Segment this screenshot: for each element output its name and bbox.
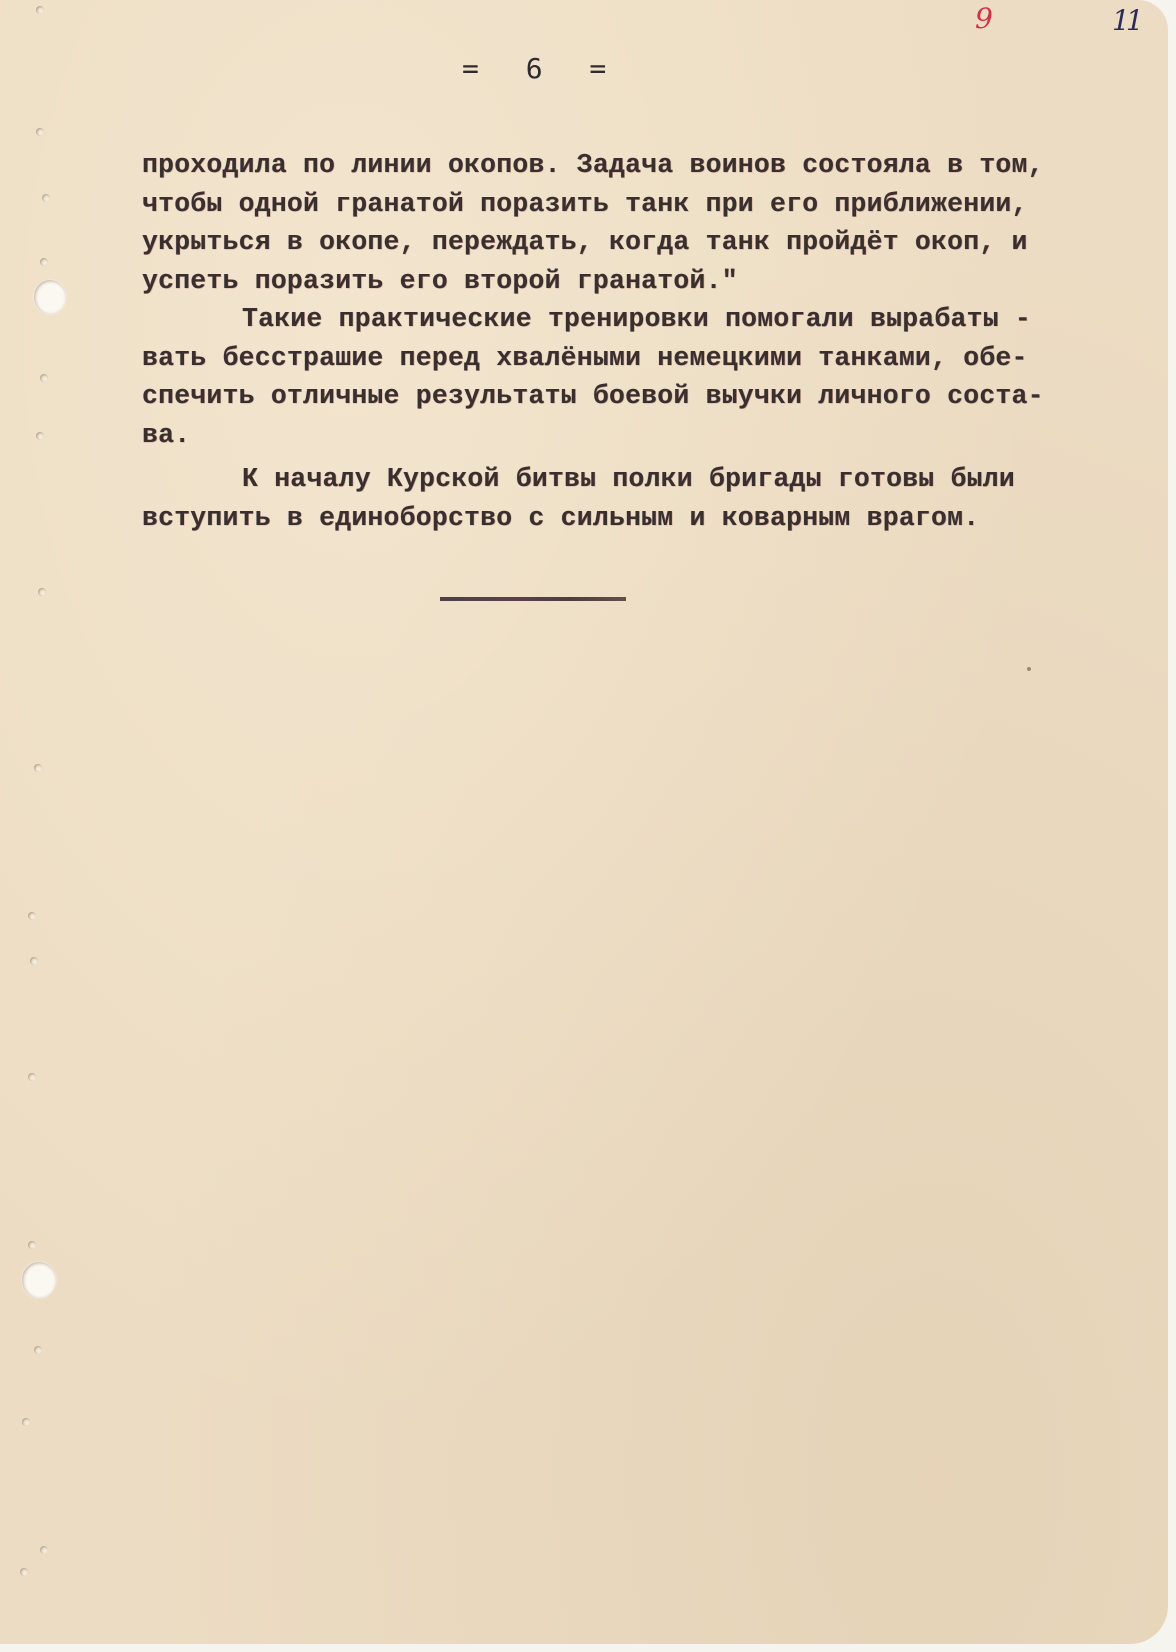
text-line: чтобы одной гранатой поразить танк при е… bbox=[142, 185, 1102, 224]
binding-hole bbox=[28, 1241, 36, 1249]
archive-folio-red: 9 bbox=[975, 2, 993, 35]
binding-hole bbox=[30, 957, 38, 965]
binding-hole bbox=[42, 194, 50, 202]
text-line: успеть поразить его второй гранатой." bbox=[142, 262, 1102, 301]
document-page: 9 11 = 6 = проходила по линии окопов. За… bbox=[0, 0, 1168, 1644]
binding-hole bbox=[36, 432, 44, 440]
text-line: вать бесстрашие перед хвалёными немецким… bbox=[142, 339, 1102, 378]
text-line: вступить в единоборство с сильным и кова… bbox=[142, 499, 1102, 538]
binding-hole bbox=[40, 258, 48, 266]
binding-hole bbox=[28, 912, 36, 920]
binding-hole bbox=[36, 6, 44, 14]
paper-speck bbox=[1027, 667, 1031, 671]
binding-hole bbox=[40, 374, 48, 382]
binding-hole bbox=[34, 1346, 42, 1354]
paragraph-start-line: К началу Курской битвы полки бригады гот… bbox=[142, 460, 1102, 499]
archive-folio-blue: 11 bbox=[1112, 4, 1140, 37]
punch-hole bbox=[22, 1262, 56, 1298]
binding-hole bbox=[22, 1418, 30, 1426]
text-line: ва. bbox=[142, 416, 1102, 455]
binding-hole bbox=[34, 764, 42, 772]
binding-hole bbox=[28, 1073, 36, 1081]
binding-hole bbox=[40, 1546, 48, 1554]
page-number: = 6 = bbox=[462, 52, 610, 85]
paragraph-start-line: Такие практические тренировки помогали в… bbox=[142, 300, 1102, 339]
binding-hole bbox=[20, 1568, 28, 1576]
end-separator-rule bbox=[440, 597, 626, 601]
punch-hole bbox=[34, 280, 66, 314]
text-line: проходила по линии окопов. Задача воинов… bbox=[142, 146, 1102, 185]
binding-hole bbox=[36, 128, 44, 136]
text-line: укрыться в окопе, переждать, когда танк … bbox=[142, 223, 1102, 262]
typewritten-body: проходила по линии окопов. Задача воинов… bbox=[142, 146, 1102, 537]
text-line: спечить отличные результаты боевой выучк… bbox=[142, 377, 1102, 416]
binding-hole bbox=[38, 588, 46, 596]
